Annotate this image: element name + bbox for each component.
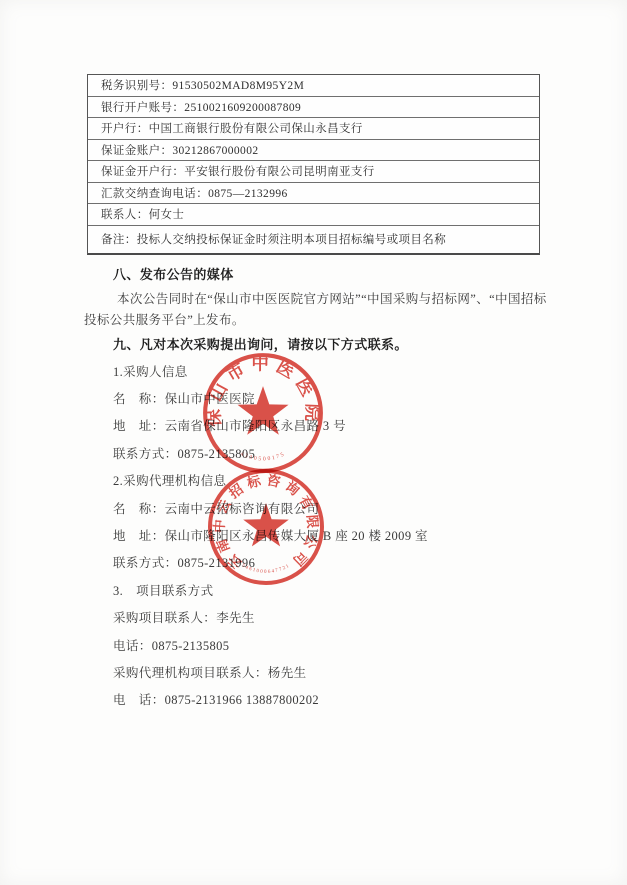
section-8-paragraph: 本次公告同时在“保山市中医医院官方网站”“中国采购与招标网”、“中国招标投标公共… [84, 289, 550, 330]
agency-phone: 电 话：0875-2131966 13887800202 [84, 686, 550, 713]
star-icon [243, 503, 289, 546]
scanned-document-page: 税务识别号：91530502MAD8M95Y2M 银行开户账号：25100216… [0, 0, 627, 885]
table-row-inquiry-phone: 汇款交纳查询电话：0875—2132996 [88, 183, 539, 205]
star-icon [237, 386, 288, 435]
table-row-deposit-bank: 保证金开户行：平安银行股份有限公司昆明南亚支行 [88, 161, 539, 183]
table-row-tax-id: 税务识别号：91530502MAD8M95Y2M [88, 75, 539, 97]
project-contact-person: 采购项目联系人：李先生 [84, 604, 550, 631]
agency-seal-stamp: 云南中云招标咨询有限公司 5461000647721 [206, 466, 326, 588]
payment-info-table: 税务识别号：91530502MAD8M95Y2M 银行开户账号：25100216… [87, 74, 540, 255]
project-phone: 电话：0875-2135805 [84, 631, 550, 658]
section-8-heading: 八、发布公告的媒体 [84, 260, 550, 287]
hospital-seal-stamp: 保山市中医医院 4330500175 [201, 351, 325, 475]
table-row-bank-name: 开户行：中国工商银行股份有限公司保山永昌支行 [88, 118, 539, 140]
seal-code: 4330500175 [239, 451, 286, 462]
table-row-remark: 备注：投标人交纳投标保证金时须注明本项目招标编号或项目名称 [88, 226, 539, 254]
table-row-bank-account: 银行开户账号：2510021609200087809 [88, 97, 539, 119]
table-row-contact-person: 联系人：何女士 [88, 204, 539, 226]
table-row-deposit-account: 保证金账户：30212867000002 [88, 140, 539, 162]
seal-code: 5461000647721 [241, 563, 291, 574]
agency-contact-person: 采购代理机构项目联系人：杨先生 [84, 658, 550, 685]
